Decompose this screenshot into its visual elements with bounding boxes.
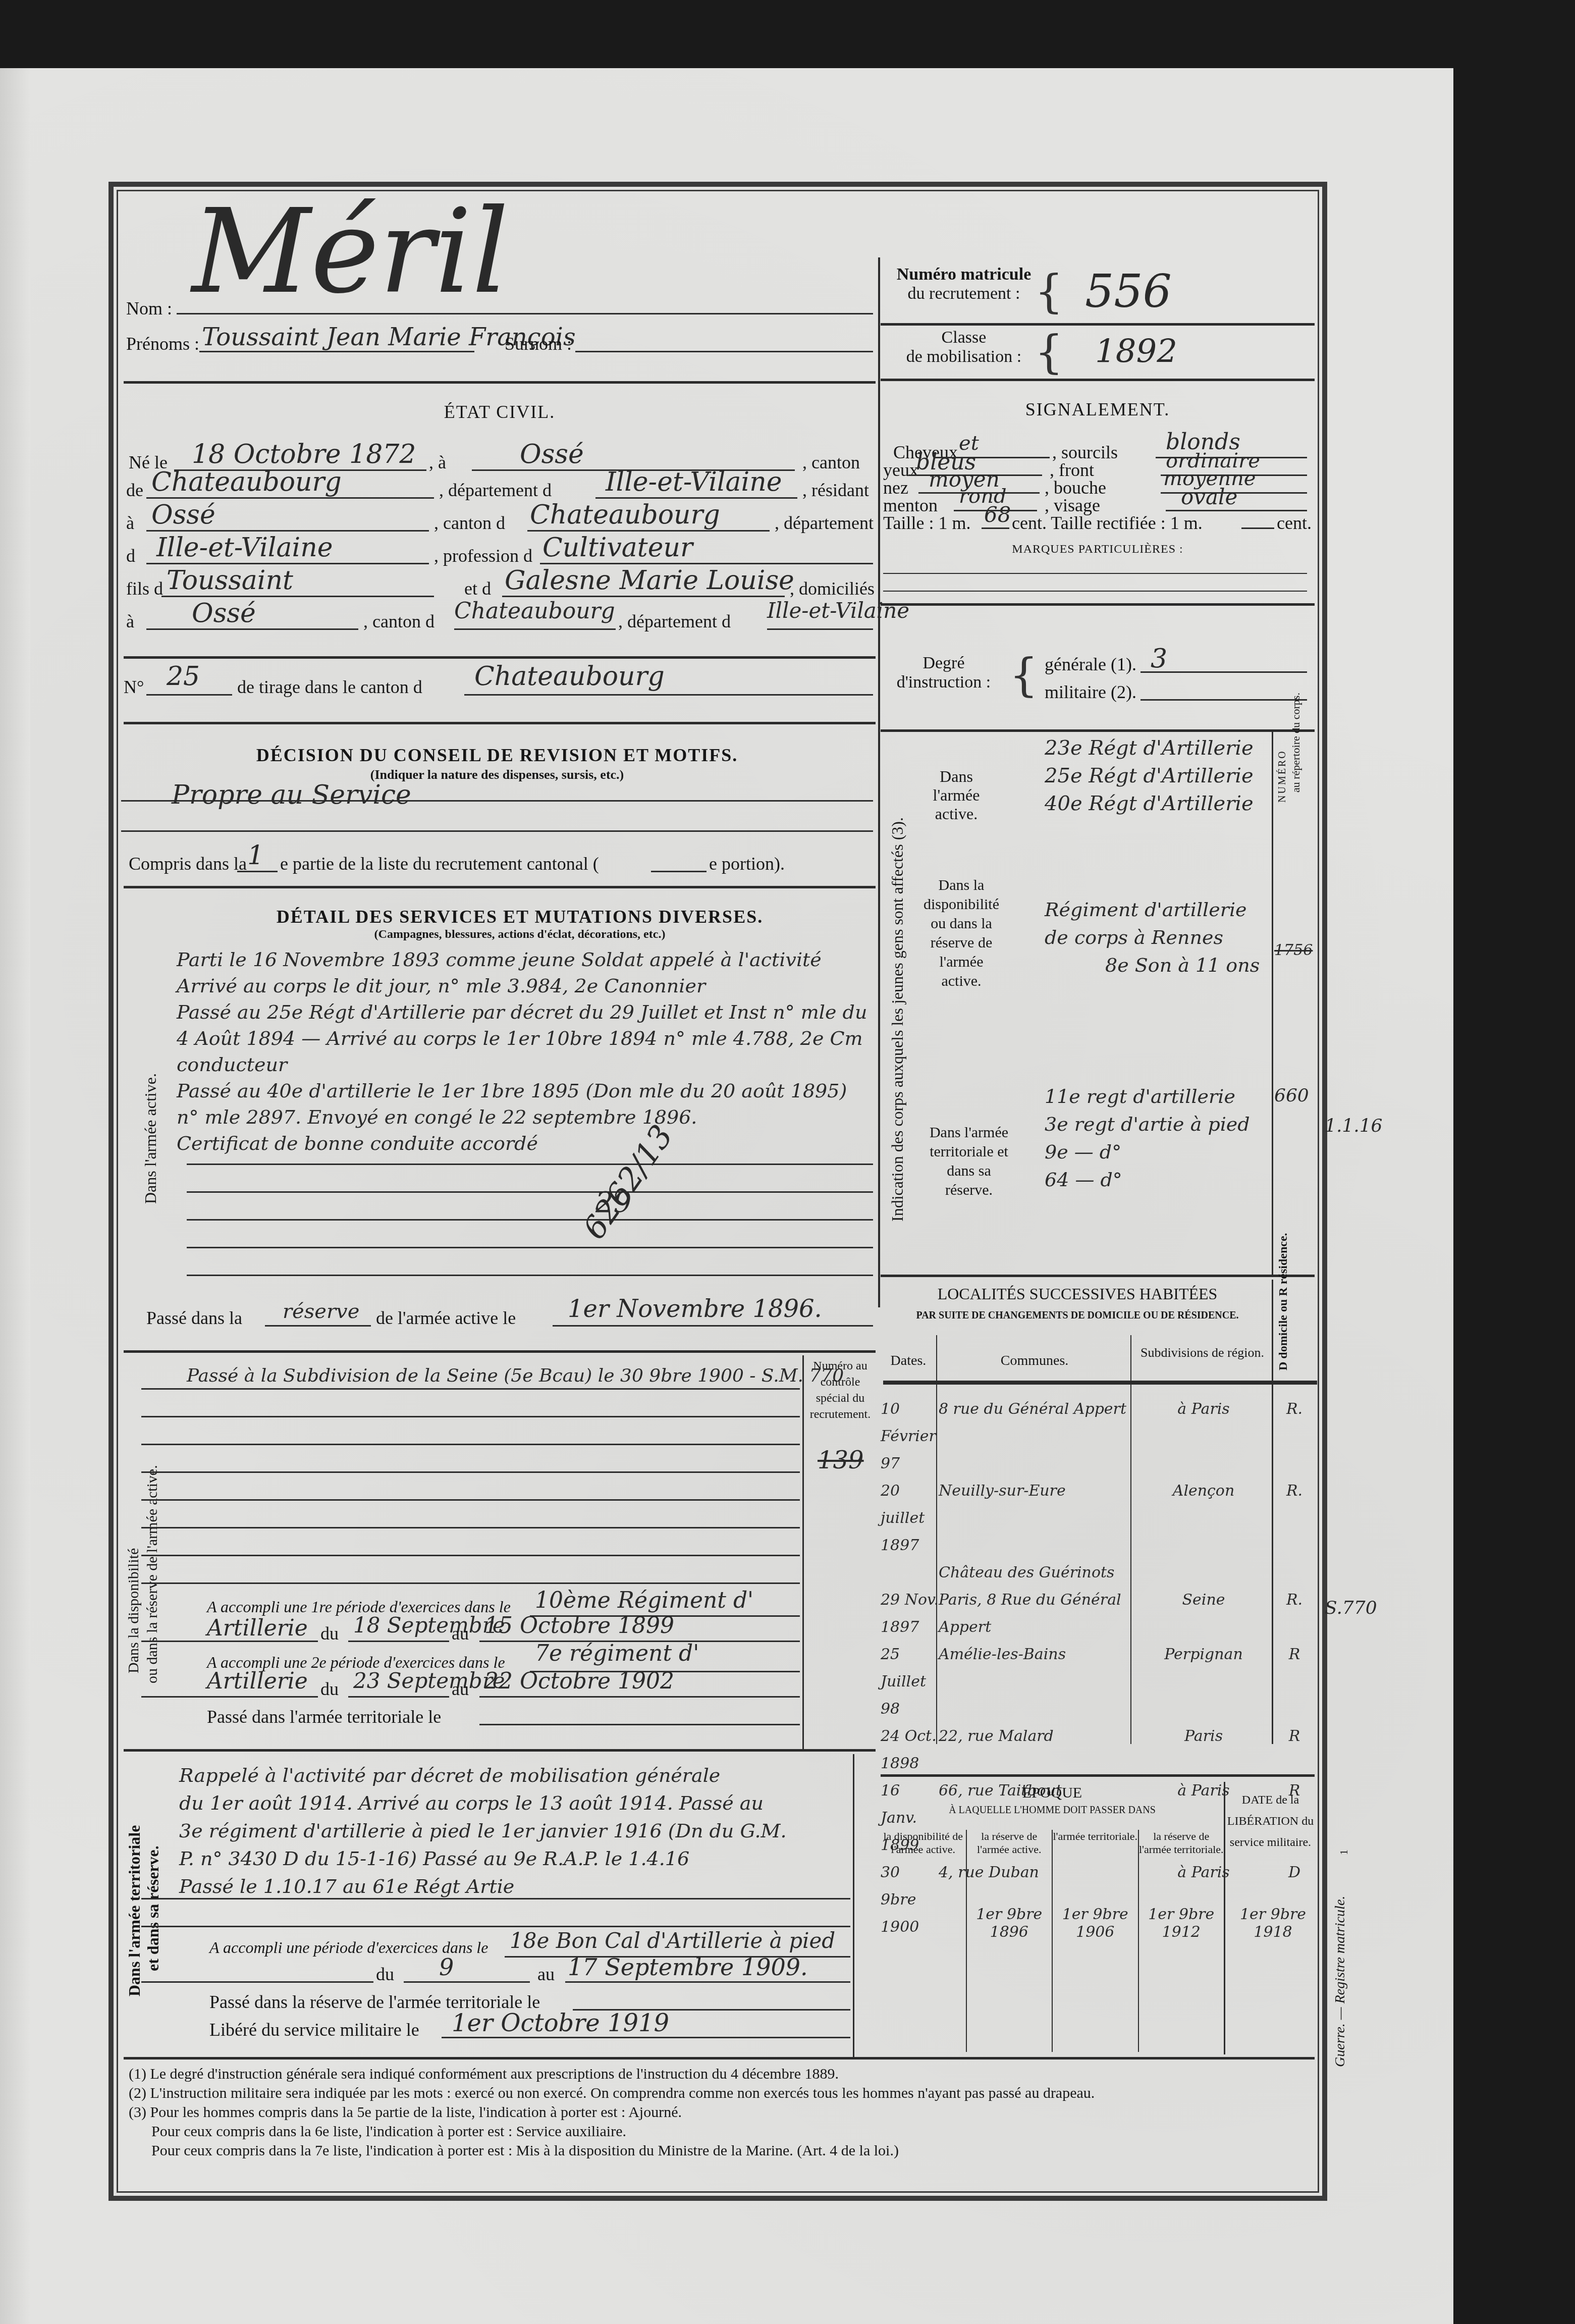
residant-label: , résidant xyxy=(802,480,869,501)
domicile-canton-value: Chateaubourg xyxy=(454,598,615,624)
classe-label-1: Classe xyxy=(888,328,1040,347)
domicile-dept-value: Ille-et-Vilaine xyxy=(767,598,909,623)
field-line xyxy=(1140,699,1307,701)
field-line xyxy=(141,1926,850,1927)
numero-label-2: au répertoire du corps. xyxy=(1289,693,1302,793)
localite-date: 10 Février 97 xyxy=(881,1396,939,1477)
numero-label-1: NUMÉRO xyxy=(1277,750,1288,803)
localite-dr: R. xyxy=(1274,1477,1315,1559)
periode2-au: 22 Octobre 1902 xyxy=(484,1668,674,1694)
epoque-col: la disponibilité de l'armée active. xyxy=(881,1830,967,2052)
passe-label-1: Passé dans la xyxy=(146,1307,242,1329)
libere-value: 1er Octobre 1919 xyxy=(452,2009,669,2037)
instruction-label-2: d'instruction : xyxy=(893,673,994,692)
field-line xyxy=(502,596,785,597)
periode2-du: 23 Septembre xyxy=(353,1668,505,1693)
field-line xyxy=(540,563,873,564)
epoque-title: ÉPOQUE xyxy=(881,1784,1224,1802)
localite-commune: 8 rue du Général Appert xyxy=(939,1396,1133,1477)
numero-controle-value: 139 xyxy=(818,1446,864,1474)
passe-label-2: de l'armée active le xyxy=(376,1307,516,1329)
disponibilite-side-label-2: ou dans la réserve de l'armée active. xyxy=(144,1465,161,1683)
territoriale-periode-unit: 18e Bon Cal d'Artillerie à pied xyxy=(510,1928,835,1953)
localite-dr: R. xyxy=(1274,1396,1315,1477)
footnote: Pour ceux compris dans la 7e liste, l'in… xyxy=(129,2141,1310,2160)
field-line xyxy=(565,1981,850,1983)
services-title: DÉTAIL DES SERVICES ET MUTATIONS DIVERSE… xyxy=(167,906,873,927)
periode1-au-label: au xyxy=(452,1623,469,1644)
footnote: (2) L'instruction militaire sera indiqué… xyxy=(129,2084,1310,2103)
field-line xyxy=(141,1981,373,1983)
field-line xyxy=(141,1898,850,1899)
services-lines: Parti le 16 Novembre 1893 comme jeune So… xyxy=(177,946,873,1156)
field-line xyxy=(553,1325,873,1327)
territoriale-line: P. n° 3430 D du 15-1-16) Passé au 9e R.A… xyxy=(179,1845,845,1873)
epoque-col-value: 1er 9bre 1906 xyxy=(1053,1906,1138,1941)
divider xyxy=(124,381,876,384)
etat-civil-title: ÉTAT CIVIL. xyxy=(124,401,876,422)
field-line xyxy=(464,694,873,696)
divider xyxy=(124,1749,876,1752)
affectations-side-label: Indication des corps auxquels les jeunes… xyxy=(888,817,907,1222)
territoriale-numero: 660 xyxy=(1274,1085,1309,1106)
disponibilite-territoriale-label: Passé dans l'armée territoriale le xyxy=(207,1706,441,1727)
periode1-unit-1: 10ème Régiment d' xyxy=(535,1588,753,1613)
instruction-label: Degré d'instruction : xyxy=(893,654,994,692)
compris-value: 1 xyxy=(247,840,264,871)
fils-label: fils d xyxy=(126,578,163,599)
field-line xyxy=(527,530,770,532)
localite-date xyxy=(881,1559,939,1587)
disponibilite-value: Régiment d'artillerie xyxy=(1045,896,1260,924)
brace: { xyxy=(1009,649,1038,702)
field-line xyxy=(141,1444,800,1445)
field-line xyxy=(454,628,616,630)
field-line xyxy=(479,1724,800,1725)
localite-subdivision xyxy=(1133,1559,1274,1587)
taille-cent-label: cent. Taille rectifiée : 1 m. xyxy=(1012,512,1203,534)
matricule-label: Numéro matricule du recrutement : xyxy=(888,265,1040,303)
localite-subdivision: Paris xyxy=(1133,1723,1274,1777)
decision-value: Propre au Service xyxy=(172,780,411,810)
portion-line xyxy=(651,871,707,872)
residant-dept-label: , département xyxy=(775,512,874,534)
territoriale-value: 11e regt d'artillerie xyxy=(1045,1083,1250,1111)
de-label: de xyxy=(126,480,143,501)
field-line xyxy=(146,530,429,532)
territoriale-line: Passé le 1.10.17 au 61e Régt Artie xyxy=(179,1873,845,1900)
matricule-value: 556 xyxy=(1085,265,1172,318)
epoque-col: l'armée territoriale. 1er 9bre 1906 xyxy=(1053,1830,1139,2052)
column-divider xyxy=(802,1355,804,1749)
departement-value: Ille-et-Vilaine xyxy=(606,467,782,497)
column-divider xyxy=(1224,1782,1225,2054)
residant-dept-value: Ille-et-Vilaine xyxy=(156,533,333,563)
taille-rectifiee-line xyxy=(1241,527,1274,529)
field-line xyxy=(595,497,797,499)
disponibilite-numero: 1756 xyxy=(1274,941,1313,959)
localite-subdivision: Alençon xyxy=(1133,1477,1274,1559)
localite-subdivision: Seine xyxy=(1133,1587,1274,1641)
divider xyxy=(881,603,1315,606)
localite-commune: Château des Guérinots xyxy=(939,1559,1133,1587)
localite-subdivision: Perpignan xyxy=(1133,1641,1274,1723)
profession-label: , profession d xyxy=(434,545,532,566)
column-divider xyxy=(878,257,880,1307)
footnote: (3) Pour les hommes compris dans la 5e p… xyxy=(129,2103,1310,2122)
territoriale-side-label-1: Dans l'armée territoriale xyxy=(125,1825,144,1996)
epoque-col-header: la réserve de l'armée active. xyxy=(967,1830,1052,1890)
field-line xyxy=(141,1499,800,1501)
territoriale-line: 3e régiment d'artillerie à pied le 1er j… xyxy=(179,1817,845,1845)
residant-dept-d-label: d xyxy=(126,545,135,566)
residant-value: Ossé xyxy=(151,500,215,530)
canton-label: , canton xyxy=(802,452,860,473)
field-line xyxy=(237,871,278,872)
disponibilite-value: de corps à Rennes xyxy=(1045,924,1260,952)
localite-date: 29 Nov. 1897 xyxy=(881,1587,939,1641)
generale-value: 3 xyxy=(1151,644,1167,674)
active-values: 23e Régt d'Artillerie 25e Régt d'Artille… xyxy=(1045,734,1254,818)
divider xyxy=(124,656,876,659)
localite-dr: R xyxy=(1274,1723,1315,1777)
active-value: 25e Régt d'Artillerie xyxy=(1045,762,1254,790)
field-line xyxy=(146,497,434,499)
services-side-label: Dans l'armée active. xyxy=(141,1073,160,1204)
nom-value: Méril xyxy=(192,194,509,310)
classe-label-2: de mobilisation : xyxy=(888,347,1040,366)
field-line xyxy=(141,1582,800,1584)
field-line xyxy=(121,800,873,802)
residant-a-label: à xyxy=(126,512,134,534)
territoriale-value: 64 — d° xyxy=(1045,1166,1250,1194)
marques-title: MARQUES PARTICULIÈRES : xyxy=(881,543,1315,556)
epoque-col: la réserve de l'armée territoriale. 1er … xyxy=(1139,1830,1224,2052)
field-line xyxy=(121,830,873,832)
militaire-label: militaire (2). xyxy=(1045,681,1136,703)
epoque-col-value: 1er 9bre 1896 xyxy=(967,1906,1052,1941)
field-line xyxy=(141,1416,800,1417)
localite-commune: Amélie-les-Bains xyxy=(939,1641,1133,1723)
compris-label-2: e partie de la liste du recrutement cant… xyxy=(280,853,599,874)
domicilies-label: , domiciliés xyxy=(790,578,875,599)
field-line xyxy=(767,628,873,630)
side-imprint-number: 1 xyxy=(1337,1850,1350,1855)
localite-date: 20 juillet 1897 xyxy=(881,1477,939,1559)
field-line xyxy=(404,1981,530,1983)
footnote: Pour ceux compris dans la 6e liste, l'in… xyxy=(129,2122,1310,2141)
divider xyxy=(883,1381,1317,1385)
tirage-canton-value: Chateaubourg xyxy=(474,661,665,692)
service-line: Parti le 16 Novembre 1893 comme jeune So… xyxy=(177,946,873,973)
service-line: Passé au 40e d'artillerie le 1er 1bre 18… xyxy=(177,1078,873,1104)
localite-date: 25 Juillet 98 xyxy=(881,1641,939,1723)
divider xyxy=(881,323,1315,326)
divider xyxy=(881,379,1315,381)
divider xyxy=(124,886,876,888)
matricule-label-2: du recrutement : xyxy=(888,284,1040,303)
disponibilite-value: 8e Son à 11 ons xyxy=(1045,952,1260,979)
localite-row: 25 Juillet 98Amélie-les-BainsPerpignanR xyxy=(881,1641,1315,1723)
disponibilite-values: Régiment d'artillerie de corps à Rennes … xyxy=(1045,896,1260,979)
epoque-col: la réserve de l'armée active. 1er 9bre 1… xyxy=(967,1830,1053,2052)
brace: { xyxy=(1035,265,1063,318)
localites-margin-note: S.770 xyxy=(1325,1598,1377,1618)
residant-canton-value: Chateaubourg xyxy=(530,500,720,530)
localite-commune: 22, rue Malard xyxy=(939,1723,1133,1777)
territoriale-values: 11e regt d'artillerie 3e regt d'artie à … xyxy=(1045,1083,1250,1194)
tirage-label: de tirage dans le canton d xyxy=(237,676,422,698)
departement-label: , département d xyxy=(439,480,552,501)
a-label: , à xyxy=(429,452,446,473)
taille-label: Taille : 1 m. xyxy=(883,512,970,534)
footnote: (1) Le degré d'instruction générale sera… xyxy=(129,2065,1310,2084)
domicile-dept-label: , département d xyxy=(618,611,731,632)
services-subtitle: (Campagnes, blessures, actions d'éclat, … xyxy=(167,928,873,941)
periode2-au-label: au xyxy=(452,1678,469,1700)
periode1-du-label: du xyxy=(320,1623,339,1644)
field-line xyxy=(187,1247,873,1248)
classe-label: Classe de mobilisation : xyxy=(888,328,1040,366)
field-line xyxy=(146,628,358,630)
cent-label: cent. xyxy=(1277,512,1312,534)
territoriale-label: Dans l'armée territoriale et dans sa rés… xyxy=(924,1123,1014,1200)
territoriale-line: Rappelé à l'activité par décret de mobil… xyxy=(179,1762,845,1789)
generale-label: générale (1). xyxy=(1045,654,1136,675)
periode2-unit-1: 7e régiment d' xyxy=(535,1641,699,1666)
signalement-title: SIGNALEMENT. xyxy=(881,399,1315,420)
mere-value: Galesne Marie Louise xyxy=(505,565,794,596)
liberation-header: DATE de la LIBÉRATION du service militai… xyxy=(1226,1789,1315,1853)
domicile-value: Ossé xyxy=(192,598,256,628)
field-line xyxy=(883,591,1307,592)
field-line xyxy=(348,1696,449,1698)
service-line: Arrivé au corps le dit jour, n° mle 3.98… xyxy=(177,973,873,999)
territoriale-value: 9e — d° xyxy=(1045,1138,1250,1166)
register-page: Nom : Méril Prénoms : Toussaint Jean Mar… xyxy=(0,68,1453,2324)
disponibilite-line-1: Passé à la Subdivision de la Seine (5e B… xyxy=(187,1365,844,1386)
field-line xyxy=(146,694,232,696)
field-line xyxy=(141,1388,800,1390)
localite-dr: R. xyxy=(1274,1587,1315,1641)
surnom-label: Surnom : xyxy=(505,333,572,354)
epoque-col-header: la disponibilité de l'armée active. xyxy=(881,1830,966,1890)
libere-label: Libéré du service militaire le xyxy=(209,2019,419,2040)
service-line: Passé au 25e Régt d'Artillerie par décre… xyxy=(177,999,873,1025)
active-label: Dans l'armée active. xyxy=(918,767,994,823)
domicile-a-label: à xyxy=(126,611,134,632)
field-line xyxy=(146,563,429,564)
column-divider xyxy=(853,1754,854,2057)
ne-le-value: 18 Octobre 1872 xyxy=(192,439,416,469)
localite-date: 24 Oct. 1898 xyxy=(881,1723,939,1777)
domicile-canton-label: , canton d xyxy=(363,611,435,632)
territoriale-lines: Rappelé à l'activité par décret de mobil… xyxy=(179,1762,845,1900)
compris-label-1: Compris dans la xyxy=(129,853,247,874)
pere-value: Toussaint xyxy=(167,565,293,596)
passe-value: réserve xyxy=(283,1300,359,1323)
localite-commune: Paris, 8 Rue du Général Appert xyxy=(939,1587,1133,1641)
tirage-no-label: N° xyxy=(124,676,144,698)
field-line xyxy=(265,1325,371,1327)
passe-date: 1er Novembre 1896. xyxy=(568,1295,822,1323)
epoque-columns: la disponibilité de l'armée active. la r… xyxy=(881,1830,1224,2052)
canton-value: Chateaubourg xyxy=(151,467,342,497)
localites-subdivisions-header: Subdivisions de région. xyxy=(1133,1345,1272,1360)
localites-dates-header: Dates. xyxy=(881,1353,936,1369)
divider xyxy=(124,722,876,724)
instruction-label-1: Degré xyxy=(893,654,994,673)
affectations-margin-note: 1.1.16 xyxy=(1325,1116,1383,1136)
field-line xyxy=(161,596,434,597)
tirage-no-value: 25 xyxy=(167,661,200,692)
field-line xyxy=(883,573,1307,574)
epoque-subtitle: À LAQUELLE L'HOMME DOIT PASSER DANS xyxy=(881,1805,1224,1816)
field-line xyxy=(141,1527,800,1528)
field-line xyxy=(141,1471,800,1473)
localite-subdivision: à Paris xyxy=(1133,1396,1274,1477)
field-line xyxy=(187,1219,873,1221)
surnom-line xyxy=(575,351,873,352)
localites-communes-header: Communes. xyxy=(939,1353,1130,1369)
field-line xyxy=(141,1555,800,1556)
epoque-col-header: la réserve de l'armée territoriale. xyxy=(1139,1830,1224,1890)
epoque-col-header: l'armée territoriale. xyxy=(1053,1830,1138,1890)
service-line: Certificat de bonne conduite accordé xyxy=(177,1130,873,1156)
territoriale-au-label: au xyxy=(537,1964,555,1985)
epoque-col-value: 1er 9bre 1912 xyxy=(1139,1906,1224,1941)
territoriale-value: 3e regt d'artie à pied xyxy=(1045,1111,1250,1138)
territoriale-du: 9 xyxy=(439,1953,454,1981)
field-line xyxy=(187,1191,873,1193)
localite-commune: Neuilly-sur-Eure xyxy=(939,1477,1133,1559)
divider xyxy=(881,729,1315,732)
divider xyxy=(124,2057,1315,2059)
periode1-du: 18 Septembre xyxy=(353,1613,505,1638)
field-line xyxy=(141,1696,318,1698)
localites-dr-header: D domicile ou R résidence. xyxy=(1277,1233,1290,1370)
active-value: 23e Régt d'Artillerie xyxy=(1045,734,1254,762)
profession-value: Cultivateur xyxy=(542,533,693,563)
compris-label-3: e portion). xyxy=(709,853,785,874)
brace: { xyxy=(1035,326,1063,379)
residant-canton-label: , canton d xyxy=(434,512,505,534)
taille-value: 68 xyxy=(984,502,1011,527)
column-divider xyxy=(1272,729,1273,1275)
divider xyxy=(124,1350,876,1353)
field-line xyxy=(348,1641,449,1642)
territoriale-au: 17 Septembre 1909. xyxy=(568,1953,808,1981)
periode2-du-label: du xyxy=(320,1678,339,1700)
disponibilite-label: Dans la disponibilité ou dans la réserve… xyxy=(918,876,1004,991)
nom-label: Nom : xyxy=(126,298,172,319)
periode1-au: 15 Octobre 1899 xyxy=(484,1613,674,1639)
field-line xyxy=(141,1641,318,1642)
a-value: Ossé xyxy=(520,439,584,469)
active-value: 40e Régt d'Artillerie xyxy=(1045,790,1254,818)
localite-dr: R xyxy=(1274,1641,1315,1723)
side-imprint: Guerre. — Registre matricule. xyxy=(1332,1896,1348,2067)
field-line xyxy=(187,1275,873,1276)
localites-title: LOCALITÉS SUCCESSIVES HABITÉES xyxy=(881,1285,1274,1303)
localite-row: 24 Oct. 189822, rue MalardParisR xyxy=(881,1723,1315,1777)
localite-row: Château des Guérinots xyxy=(881,1559,1315,1587)
localite-row: 29 Nov. 1897Paris, 8 Rue du Général Appe… xyxy=(881,1587,1315,1641)
prenoms-label: Prénoms : xyxy=(126,333,199,354)
localite-dr xyxy=(1274,1559,1315,1587)
territoriale-side-label-2: et dans sa réserve. xyxy=(144,1845,162,1971)
divider xyxy=(881,1275,1315,1277)
territoriale-line: du 1er août 1914. Arrivé au corps le 13 … xyxy=(179,1789,845,1817)
divider xyxy=(881,1774,1315,1777)
visage-value: ovale xyxy=(1181,485,1237,509)
matricule-label-1: Numéro matricule xyxy=(888,265,1040,284)
localite-row: 10 Février 978 rue du Général Appertà Pa… xyxy=(881,1396,1315,1477)
localite-row: 20 juillet 1897Neuilly-sur-EureAlençonR. xyxy=(881,1477,1315,1559)
decision-title: DÉCISION DU CONSEIL DE REVISION ET MOTIF… xyxy=(124,745,871,766)
periode2-unit-2: Artillerie xyxy=(207,1668,308,1694)
disponibilite-side-label-1: Dans la disponibilité xyxy=(125,1548,142,1673)
et-label: et d xyxy=(464,578,491,599)
periode1-unit-2: Artillerie xyxy=(207,1615,308,1641)
service-line: n° mle 2897. Envoyé en congé le 22 septe… xyxy=(177,1104,873,1130)
classe-value: 1892 xyxy=(1095,333,1177,371)
field-line xyxy=(479,1696,800,1698)
liberation-value: 1er 9bre 1918 xyxy=(1231,1906,1315,1941)
footnotes: (1) Le degré d'instruction générale sera… xyxy=(129,2065,1310,2160)
localites-subtitle: PAR SUITE DE CHANGEMENTS DE DOMICILE OU … xyxy=(881,1310,1274,1322)
field-line xyxy=(982,527,1009,529)
service-line: 4 Août 1894 — Arrivé au corps le 1er 10b… xyxy=(177,1025,873,1078)
field-line xyxy=(187,1164,873,1165)
territoriale-du-label: du xyxy=(376,1964,394,1985)
field-line xyxy=(1166,510,1307,511)
